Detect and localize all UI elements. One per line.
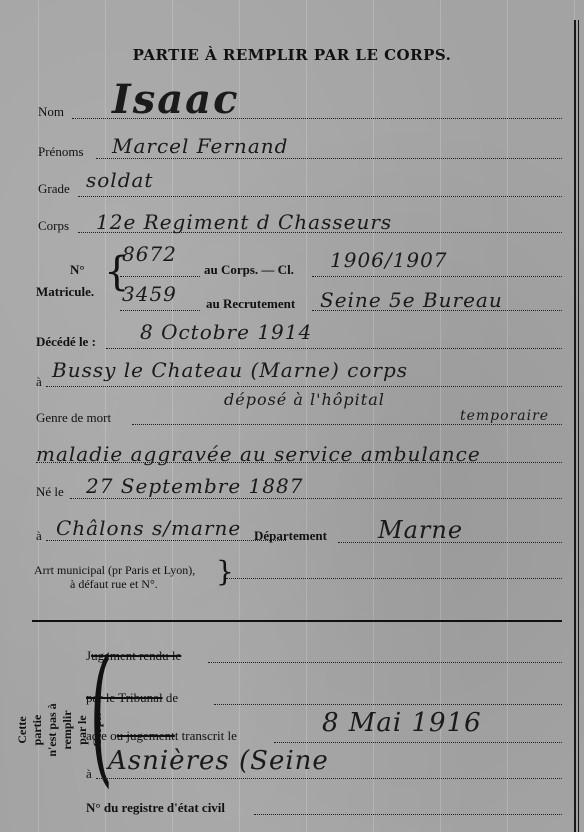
ne-a-line [46, 540, 286, 541]
decede-le-value: 8 Octobre 1914 [140, 320, 312, 344]
jugement-rendu-label: Jugement rendu le [86, 648, 181, 664]
tribunal-line [214, 704, 562, 705]
matricule-no-label: N° [70, 262, 85, 278]
genre-de-mort-label: Genre de mort [36, 410, 111, 426]
recrutement-value: Seine 5e Bureau [320, 288, 503, 312]
ne-le-value: 27 Septembre 1887 [86, 474, 303, 498]
arrondissement-label-1: Arrt municipal (pr Paris et Lyon), [34, 563, 195, 578]
transcrit-a-label: à [86, 766, 92, 782]
grade-value: soldat [86, 168, 153, 192]
section-divider [32, 620, 562, 622]
registre-line [254, 814, 562, 815]
nom-label: Nom [38, 104, 64, 120]
side-note-line-1: Cette partie [15, 700, 45, 760]
acte-transcrit-line [274, 742, 562, 743]
tribunal-label: par le Tribunal de [86, 690, 178, 706]
arrondissement-line [226, 578, 562, 579]
departement-value: Marne [378, 516, 463, 544]
decede-le-line [106, 348, 562, 349]
nom-value: Isaac [112, 76, 239, 123]
decede-a-label: à [36, 374, 42, 390]
classe-line [312, 276, 562, 277]
right-border-line-inner [578, 20, 579, 832]
grade-line [78, 196, 562, 197]
matricule-label: Matricule. [36, 284, 94, 300]
ne-a-value: Châlons s/marne [56, 516, 241, 540]
prenoms-value: Marcel Fernand [112, 134, 288, 158]
registre-label: N° du registre d'état civil [86, 800, 225, 816]
matricule-corps-number: 8672 [122, 242, 177, 266]
ne-a-label: à [36, 528, 42, 544]
decede-a-note2: temporaire [460, 408, 549, 424]
jugement-rendu-line [208, 662, 562, 663]
transcrit-a-line [96, 778, 562, 779]
grade-label: Grade [38, 181, 70, 197]
recrutement-number-line [120, 310, 200, 311]
decede-le-label: Décédé le : [36, 334, 96, 350]
decede-a-value: Bussy le Chateau (Marne) corps [52, 358, 408, 382]
ne-le-line [70, 498, 562, 499]
acte-transcrit-label: acte ou jugementt transcrit le [86, 728, 237, 744]
document-page: PARTIE À REMPLIR PAR LE CORPS. Nom Isaac… [0, 0, 584, 832]
departement-label: Département [254, 528, 327, 544]
genre-de-mort-line-2 [36, 462, 562, 463]
ne-le-label: Né le [36, 484, 64, 500]
transcrit-a-value: Asnières (Seine [108, 746, 329, 776]
arrondissement-label-2: à défaut rue et N°. [70, 577, 158, 592]
recrutement-number: 3459 [122, 282, 177, 306]
matricule-corps-line [120, 276, 200, 277]
au-recrutement-label: au Recrutement [206, 296, 295, 312]
acte-transcrit-value: 8 Mai 1916 [322, 708, 482, 738]
right-border-line [574, 20, 576, 832]
au-corps-label: au Corps. — Cl. [204, 262, 294, 278]
genre-de-mort-line [132, 424, 562, 425]
classe-value: 1906/1907 [330, 248, 448, 272]
section-header: PARTIE À REMPLIR PAR LE CORPS. [0, 46, 584, 64]
prenoms-line [96, 158, 562, 159]
prenoms-label: Prénoms [38, 144, 84, 160]
side-note-line-2: n'est pas à remplir [45, 700, 75, 760]
decede-a-line [46, 386, 562, 387]
corps-value: 12e Regiment d Chasseurs [96, 210, 392, 234]
decede-a-note: déposé à l'hôpital [224, 390, 385, 409]
corps-label: Corps [38, 218, 69, 234]
arrondissement-brace: } [216, 558, 234, 586]
